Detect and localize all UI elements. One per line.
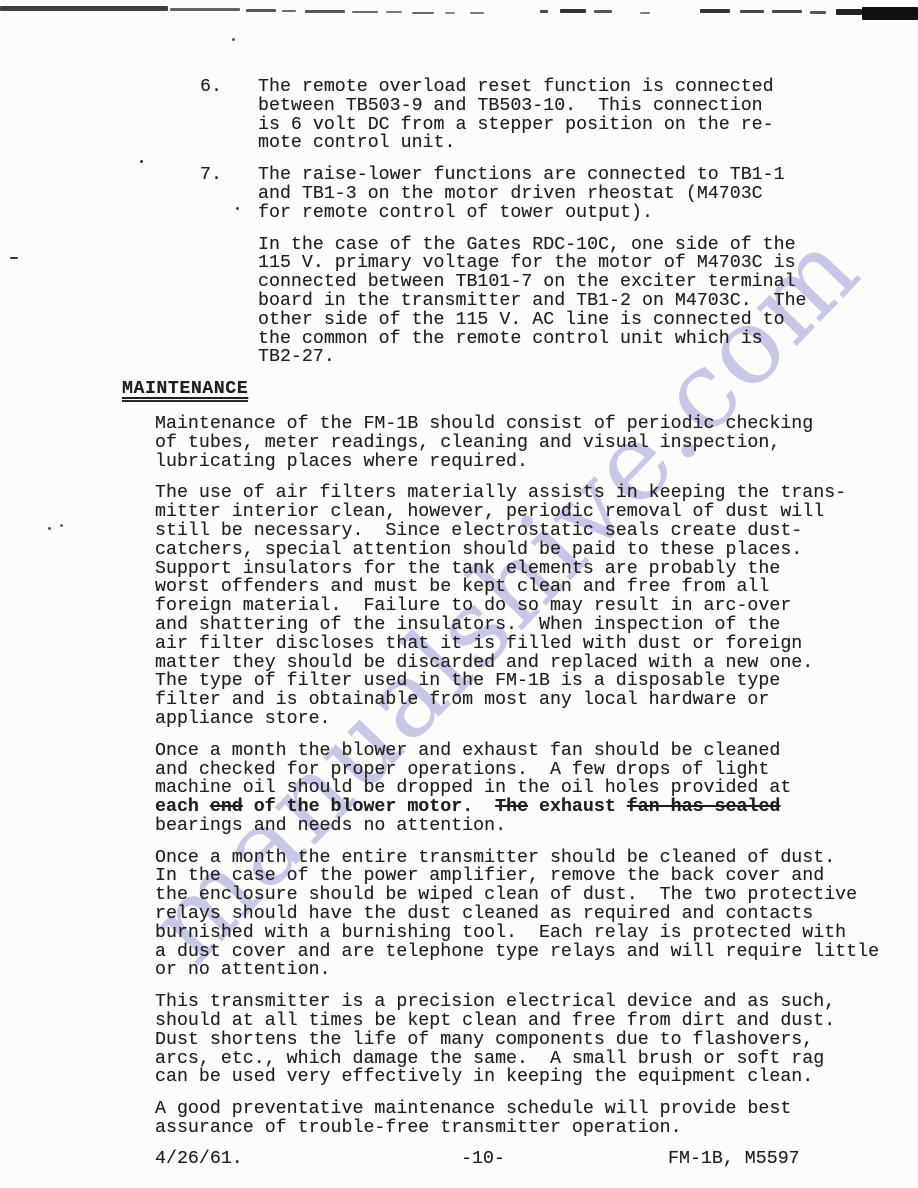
section-heading: MAINTENANCE	[122, 380, 918, 402]
document-body: 6.The remote overload reset function is …	[0, 78, 918, 1151]
text-line: of tubes, meter readings, cleaning and v…	[155, 434, 918, 453]
scan-mark	[282, 10, 296, 12]
text-line: A good preventative maintenance schedule…	[155, 1100, 918, 1119]
text-line: filter and is obtainable from most any l…	[155, 691, 918, 710]
text-line: In the case of the power amplifier, remo…	[155, 867, 918, 886]
text-line: can be used very effectively in keeping …	[155, 1068, 918, 1087]
text-line: Support insulators for the tank elements…	[155, 560, 918, 579]
text-line: Once a month the blower and exhaust fan …	[155, 742, 918, 761]
text-line: still be necessary. Since electrostatic …	[155, 522, 918, 541]
text-line: each end of the blower motor. The exhaus…	[155, 798, 918, 817]
text-line: a dust cover and are telephone type rela…	[155, 943, 918, 962]
scan-mark	[352, 11, 378, 13]
scan-mark	[0, 6, 168, 11]
text-line: catchers, special attention should be pa…	[155, 541, 918, 560]
text-line: The use of air filters materially assist…	[155, 484, 918, 503]
text-line: matter they should be discarded and repl…	[155, 654, 918, 673]
text-line: 115 V. primary voltage for the motor of …	[258, 254, 918, 273]
text-segment: exhaust	[528, 797, 627, 817]
text-line: other side of the 115 V. AC line is conn…	[258, 311, 918, 330]
scan-mark	[740, 10, 764, 13]
text-line: bearings and needs no attention.	[155, 817, 918, 836]
text-line: appliance store.	[155, 710, 918, 729]
scan-mark	[246, 9, 276, 12]
scan-mark	[700, 9, 730, 13]
text-line: board in the transmitter and TB1-2 on M4…	[258, 292, 918, 311]
text-line: Once a month the entire transmitter shou…	[155, 849, 918, 868]
text-segment: The	[495, 797, 528, 817]
text-line: This transmitter is a precision electric…	[155, 993, 918, 1012]
text-line: machine oil should be dropped in the oil…	[155, 779, 918, 798]
list-item-text: The raise-lower functions are connected …	[258, 166, 785, 222]
list-item-text: The remote overload reset function is co…	[258, 78, 774, 153]
scan-mark	[170, 8, 240, 11]
text-line: is 6 volt DC from a stepper position on …	[258, 116, 774, 135]
numbered-list-item: 7.The raise-lower functions are connecte…	[200, 166, 918, 222]
text-line: assurance of trouble-free transmitter op…	[155, 1119, 918, 1138]
text-segment: end	[210, 797, 243, 817]
scan-mark	[540, 10, 548, 13]
text-line: mitter interior clean, however, periodic…	[155, 503, 918, 522]
scan-mark	[445, 12, 455, 14]
text-line: and TB1-3 on the motor driven rheostat (…	[258, 185, 785, 204]
text-segment: each	[155, 797, 210, 817]
text-line: air filter discloses that it is filled w…	[155, 635, 918, 654]
text-line: the common of the remote control unit wh…	[258, 330, 918, 349]
text-line: TB2-27.	[258, 348, 918, 367]
text-line: relays should have the dust cleaned as r…	[155, 905, 918, 924]
paragraph: The use of air filters materially assist…	[155, 484, 918, 728]
scan-mark	[305, 10, 345, 13]
list-item-number: 7.	[200, 166, 258, 222]
text-line: connected between TB101-7 on the exciter…	[258, 273, 918, 292]
text-line: Dust shortens the life of many component…	[155, 1031, 918, 1050]
section-heading-text: MAINTENANCE	[122, 380, 248, 402]
scan-mark	[810, 11, 826, 14]
text-line: The raise-lower functions are connected …	[258, 166, 785, 185]
scan-speck	[232, 38, 235, 41]
text-line: should at all times be kept clean and fr…	[155, 1012, 918, 1031]
text-line: worst offenders and must be kept clean a…	[155, 578, 918, 597]
footer-date: 4/26/61.	[155, 1150, 243, 1169]
text-line: arcs, etc., which damage the same. A sma…	[155, 1050, 918, 1069]
text-line: the enclosure should be wiped clean of d…	[155, 886, 918, 905]
paragraph: Once a month the blower and exhaust fan …	[155, 742, 918, 836]
text-line: The remote overload reset function is co…	[258, 78, 774, 97]
text-segment	[473, 797, 495, 817]
text-line: The type of filter used in the FM-1B is …	[155, 672, 918, 691]
text-line: and checked for proper operations. A few…	[155, 761, 918, 780]
scan-mark	[386, 11, 402, 13]
scan-mark	[772, 10, 802, 13]
text-segment: fan has sealed	[627, 797, 781, 817]
text-line: for remote control of tower output).	[258, 204, 785, 223]
text-line: foreign material. Failure to do so may r…	[155, 597, 918, 616]
footer-page-number: -10-	[461, 1150, 505, 1169]
scan-mark	[594, 10, 612, 13]
scan-mark	[836, 9, 862, 15]
scan-mark	[862, 7, 918, 20]
scan-mark	[412, 12, 434, 14]
text-line: lubricating places where required.	[155, 453, 918, 472]
paragraph: Once a month the entire transmitter shou…	[155, 849, 918, 981]
paragraph: A good preventative maintenance schedule…	[155, 1100, 918, 1138]
scan-mark	[470, 12, 484, 14]
scan-mark	[560, 9, 586, 13]
scan-mark	[640, 12, 650, 14]
paragraph: Maintenance of the FM-1B should consist …	[155, 415, 918, 471]
text-segment: of the blower motor.	[243, 797, 473, 817]
text-line: Maintenance of the FM-1B should consist …	[155, 415, 918, 434]
paragraph: In the case of the Gates RDC-10C, one si…	[258, 236, 918, 368]
text-line: and shattering of the insulators. When i…	[155, 616, 918, 635]
text-line: In the case of the Gates RDC-10C, one si…	[258, 236, 918, 255]
text-line: between TB503-9 and TB503-10. This conne…	[258, 97, 774, 116]
paragraph: This transmitter is a precision electric…	[155, 993, 918, 1087]
list-item-number: 6.	[200, 78, 258, 153]
text-line: or no attention.	[155, 961, 918, 980]
footer-doc-ref: FM-1B, M5597	[668, 1150, 800, 1169]
text-line: mote control unit.	[258, 134, 774, 153]
text-line: burnished with a burnishing tool. Each r…	[155, 924, 918, 943]
scanned-manual-page: manualshive.com 6.The remote overload re…	[0, 0, 918, 1188]
numbered-list-item: 6.The remote overload reset function is …	[200, 78, 918, 153]
